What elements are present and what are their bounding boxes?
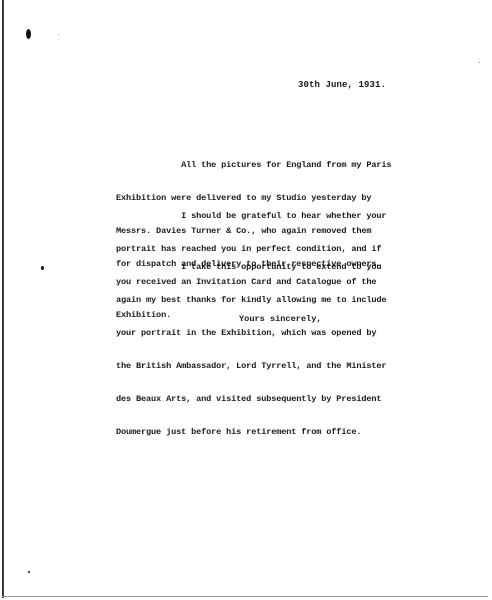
text-line: I take this opportunity to extend to you: [116, 262, 406, 273]
text-line: I should be grateful to hear whether you…: [116, 211, 406, 222]
text-line: again my best thanks for kindly allowing…: [116, 295, 406, 306]
page-left-edge: [2, 0, 4, 598]
hole-punch-mark: [26, 29, 31, 39]
letter-closing: Yours sincerely,: [239, 314, 322, 324]
letter-date: 30th June, 1931.: [298, 80, 386, 90]
text-line: All the pictures for England from my Par…: [116, 160, 406, 171]
speck-mark: [28, 571, 30, 573]
speck-mark: [41, 266, 44, 270]
text-line: Doumergue just before his retirement fro…: [116, 427, 406, 438]
paragraph-3: I take this opportunity to extend to you…: [116, 240, 406, 460]
text-line: des Beaux Arts, and visited subsequently…: [116, 394, 406, 405]
text-line: your portrait in the Exhibition, which w…: [116, 328, 406, 339]
text-line: the British Ambassador, Lord Tyrrell, an…: [116, 361, 406, 372]
speck-mark: [58, 34, 59, 35]
page-bottom-edge: [2, 596, 488, 597]
speck-mark: [479, 62, 480, 63]
letter-page: 30th June, 1931. All the pictures for En…: [0, 0, 492, 600]
